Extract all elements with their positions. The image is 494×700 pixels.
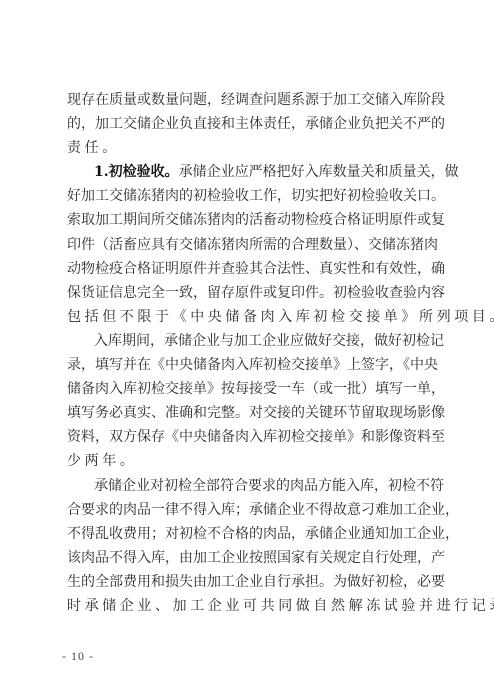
text-line: 包括但不限于《中央储备肉入库初检交接单》所列项目。 <box>67 305 428 329</box>
text-span: 承储企业应严格把好入库数量关和质量关，做 <box>179 164 459 180</box>
text-line: 入库期间，承储企业与加工企业应做好交接，做好初检记 <box>67 329 428 353</box>
text-line: 的，加工交储企业负直接和主体责任，承储企业负把关不严的 <box>67 112 428 136</box>
body-text: 现存在质量或数量问题，经调查问题系源于加工交储入库阶段 的，加工交储企业负直接和… <box>67 88 428 618</box>
text-line: 生的全部费用和损失由加工企业自行承担。为做好初检，必要 <box>67 570 428 594</box>
text-line: 现存在质量或数量问题，经调查问题系源于加工交储入库阶段 <box>67 88 428 112</box>
text-line: 印件（活畜应具有交储冻猪肉所需的合理数量）、交储冻猪肉 <box>67 233 428 257</box>
text-line: 录，填写并在《中央储备肉入库初检交接单》上签字，《中央 <box>67 353 428 377</box>
section-heading: 1.初检验收。 <box>94 164 179 180</box>
text-line: 1.初检验收。承储企业应严格把好入库数量关和质量关，做 <box>67 160 428 184</box>
document-page: 现存在质量或数量问题，经调查问题系源于加工交储入库阶段 的，加工交储企业负直接和… <box>0 0 494 700</box>
text-line: 储备肉入库初检交接单》按每接受一车（或一批）填写一单， <box>67 377 428 401</box>
text-line: 少两年。 <box>67 449 428 473</box>
text-line: 责任。 <box>67 136 428 160</box>
text-line: 好加工交储冻猪肉的初检验收工作，切实把好初检验收关口。 <box>67 184 428 208</box>
text-line: 动物检疫合格证明原件并查验其合法性、真实性和有效性，确 <box>67 257 428 281</box>
text-line: 时承储企业、加工企业可共同做自然解冻试验并进行记录。 <box>67 594 428 618</box>
text-line: 合要求的肉品一律不得入库；承储企业不得故意刁难加工企业， <box>67 498 428 522</box>
text-line: 索取加工期间所交储冻猪肉的活畜动物检疫合格证明原件或复 <box>67 208 428 232</box>
text-line: 填写务必真实、准确和完整。对交接的关键环节留取现场影像 <box>67 401 428 425</box>
text-line: 承储企业对初检全部符合要求的肉品方能入库，初检不符 <box>67 474 428 498</box>
page-number: - 10 - <box>62 649 94 664</box>
text-line: 不得乱收费用；对初检不合格的肉品，承储企业通知加工企业， <box>67 522 428 546</box>
text-line: 该肉品不得入库，由加工企业按照国家有关规定自行处理，产 <box>67 546 428 570</box>
text-line: 保货证信息完全一致，留存原件或复印件。初检验收查验内容 <box>67 281 428 305</box>
text-line: 资料，双方保存《中央储备肉入库初检交接单》和影像资料至 <box>67 425 428 449</box>
